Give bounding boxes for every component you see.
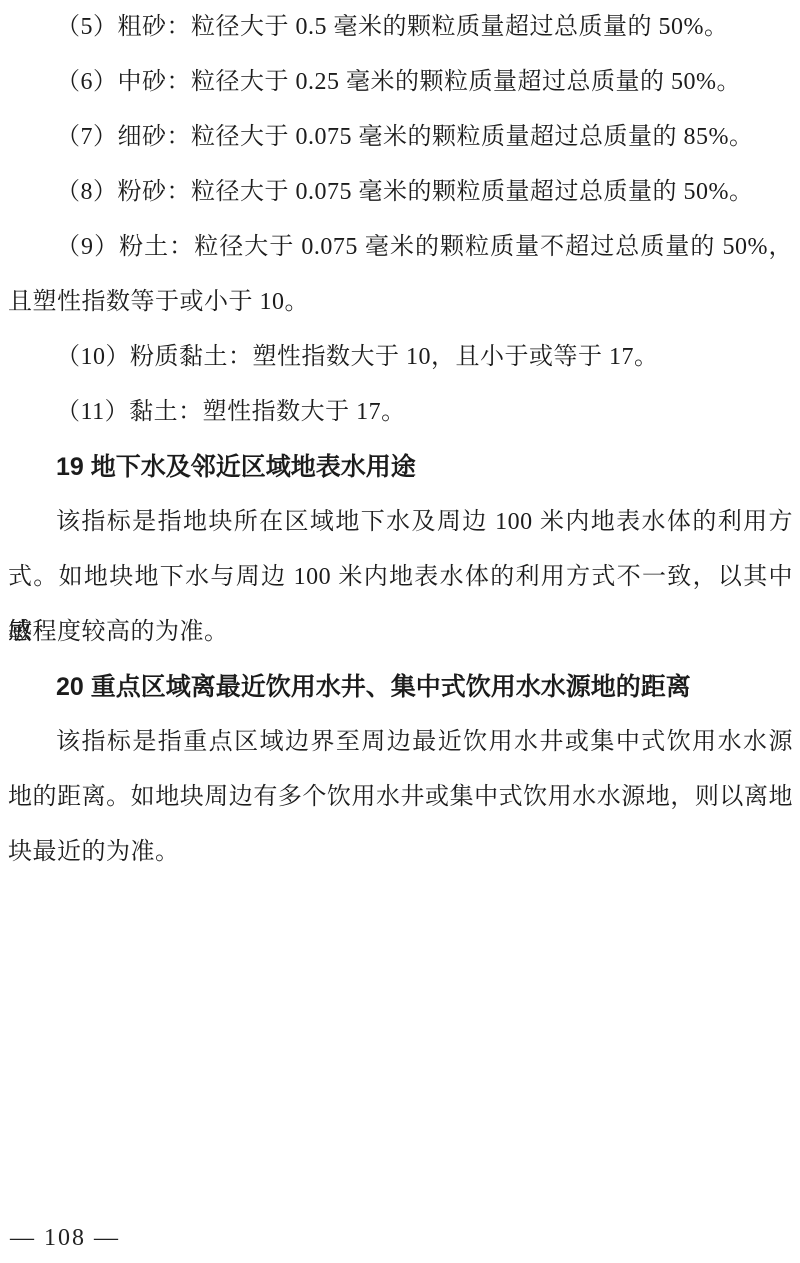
page-footer: — 108 — xyxy=(10,1220,120,1256)
list-item-8: （8）粉砂：粒径大于 0.075 毫米的颗粒质量超过总质量的 50%。 xyxy=(8,165,793,220)
document-body: （5）粗砂：粒径大于 0.5 毫米的颗粒质量超过总质量的 50%。（6）中砂：粒… xyxy=(8,0,793,880)
list-item-11: （11）黏土：塑性指数大于 17。 xyxy=(8,385,793,440)
paragraph-19-line-3: 感程度较高的为准。 xyxy=(8,605,793,660)
list-item-5: （5）粗砂：粒径大于 0.5 毫米的颗粒质量超过总质量的 50%。 xyxy=(8,0,793,55)
paragraph-19-line-2: 式。如地块地下水与周边 100 米内地表水体的利用方式不一致，以其中敏 xyxy=(8,550,793,605)
paragraph-20-line-1: 该指标是指重点区域边界至周边最近饮用水井或集中式饮用水水源 xyxy=(8,715,793,770)
document-page: （5）粗砂：粒径大于 0.5 毫米的颗粒质量超过总质量的 50%。（6）中砂：粒… xyxy=(0,0,800,1263)
paragraph-20-line-2: 地的距离。如地块周边有多个饮用水井或集中式饮用水水源地，则以离地 xyxy=(8,770,793,825)
list-item-7: （7）细砂：粒径大于 0.075 毫米的颗粒质量超过总质量的 85%。 xyxy=(8,110,793,165)
list-item-9-line-1: （9）粉土：粒径大于 0.075 毫米的颗粒质量不超过总质量的 50%， xyxy=(8,220,793,275)
list-item-6: （6）中砂：粒径大于 0.25 毫米的颗粒质量超过总质量的 50%。 xyxy=(8,55,793,110)
page-number: — 108 — xyxy=(10,1225,120,1251)
section-heading-19: 19 地下水及邻近区域地表水用途 xyxy=(8,440,793,495)
section-heading-20: 20 重点区域离最近饮用水井、集中式饮用水水源地的距离 xyxy=(8,660,793,715)
list-item-9-line-2: 且塑性指数等于或小于 10。 xyxy=(8,275,793,330)
paragraph-19-line-1: 该指标是指地块所在区域地下水及周边 100 米内地表水体的利用方 xyxy=(8,495,793,550)
paragraph-20-line-3: 块最近的为准。 xyxy=(8,825,793,880)
list-item-10: （10）粉质黏土：塑性指数大于 10，且小于或等于 17。 xyxy=(8,330,793,385)
